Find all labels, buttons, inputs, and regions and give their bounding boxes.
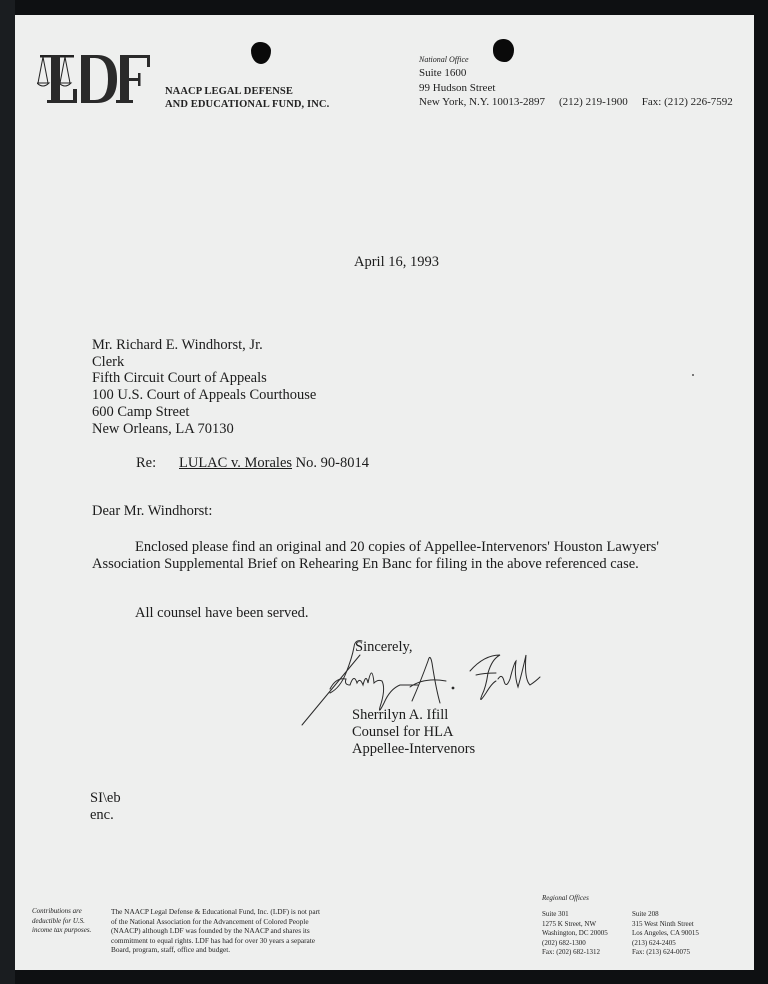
ldf-disclaimer: The NAACP Legal Defense & Educational Fu…	[111, 907, 371, 955]
signer-title: Counsel for HLA	[352, 724, 475, 741]
letter-date: April 16, 1993	[354, 254, 439, 271]
national-office-label: National Office	[419, 54, 733, 66]
regional-office-washington: Suite 301 1275 K Street, NW Washington, …	[542, 910, 608, 958]
signature-block: Sherrilyn A. Ifill Counsel for HLA Appel…	[352, 707, 475, 758]
tax-deductible-note: Contributions are deductible for U.S. in…	[32, 907, 91, 936]
ldf-logo-icon	[37, 53, 152, 105]
national-office-address: National Office Suite 1600 99 Hudson Str…	[419, 54, 733, 110]
hole-punch	[251, 42, 271, 64]
body-paragraph: All counsel have been served.	[135, 605, 309, 622]
signer-role: Appellee-Intervenors	[352, 741, 475, 758]
national-phone: (212) 219-1900	[559, 96, 628, 108]
salutation: Dear Mr. Windhorst:	[92, 503, 212, 520]
signer-name: Sherrilyn A. Ifill	[352, 707, 475, 724]
regional-offices-label: Regional Offices	[542, 894, 589, 902]
case-number: No. 90-8014	[296, 455, 369, 471]
organization-name: NAACP LEGAL DEFENSE AND EDUCATIONAL FUND…	[165, 85, 329, 111]
reference-initials: SI\eb enc.	[90, 790, 121, 824]
enclosure-notation: enc.	[90, 807, 121, 824]
case-name: LULAC v. Morales	[179, 455, 292, 471]
recipient-address: Mr. Richard E. Windhorst, Jr. Clerk Fift…	[92, 337, 316, 437]
regional-office-los-angeles: Suite 208 315 West Ninth Street Los Ange…	[632, 910, 699, 958]
letter-page: NAACP LEGAL DEFENSE AND EDUCATIONAL FUND…	[15, 15, 754, 970]
scan-speck	[692, 374, 694, 376]
body-paragraph: Enclosed please find an original and 20 …	[92, 539, 659, 573]
national-fax: Fax: (212) 226-7592	[642, 96, 733, 108]
scan-border	[0, 0, 15, 984]
re-line: Re:LULAC v. Morales No. 90-8014	[136, 455, 369, 472]
